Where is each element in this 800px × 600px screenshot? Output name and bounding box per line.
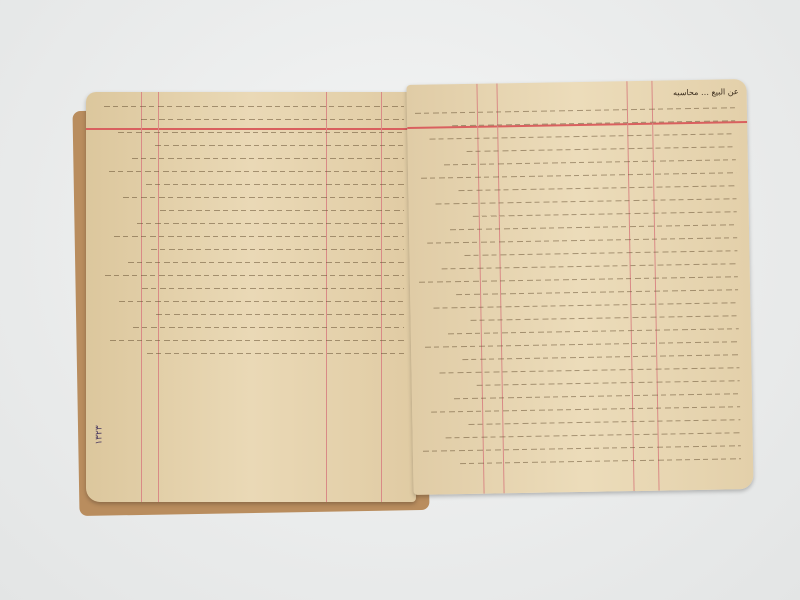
script-line <box>444 159 736 165</box>
script-line <box>439 367 739 373</box>
script-line <box>133 327 404 328</box>
script-line <box>423 445 741 452</box>
script-line <box>442 263 738 269</box>
script-line <box>431 406 740 412</box>
script-line <box>114 236 404 237</box>
script-line <box>473 211 737 217</box>
script-line <box>151 249 404 250</box>
column-rule <box>651 81 659 491</box>
script-line <box>421 172 736 178</box>
column-rule <box>626 81 634 491</box>
script-line <box>468 419 740 425</box>
photo-scene: ١٣٢٣ عن البيع … محاسبه <box>0 0 800 600</box>
script-line <box>155 145 404 146</box>
column-rule <box>496 83 504 493</box>
script-line <box>104 106 404 107</box>
script-line <box>458 185 736 191</box>
column-rule <box>141 92 142 502</box>
script-line <box>160 210 404 211</box>
script-line <box>433 302 738 308</box>
script-line <box>147 353 404 354</box>
script-line <box>427 237 737 243</box>
script-line <box>471 315 739 321</box>
script-line <box>141 119 404 120</box>
script-line <box>415 107 735 114</box>
script-line <box>448 328 739 334</box>
script-line <box>436 198 737 204</box>
script-line <box>456 289 738 295</box>
script-line <box>132 158 404 159</box>
margin-number: ١٣٢٣ <box>95 425 105 444</box>
script-line <box>462 354 739 360</box>
left-page <box>86 92 416 502</box>
script-line <box>425 341 739 347</box>
script-line <box>146 184 404 185</box>
script-line <box>118 132 404 133</box>
column-rule <box>158 92 159 502</box>
column-rule <box>476 84 484 494</box>
red-margin-line <box>86 128 416 130</box>
right-page: عن البيع … محاسبه <box>406 79 753 495</box>
script-line <box>464 250 737 256</box>
script-line <box>450 224 737 230</box>
script-line <box>429 133 735 139</box>
script-line <box>142 288 404 289</box>
page-header: عن البيع … محاسبه <box>673 87 739 97</box>
script-line <box>467 146 736 152</box>
column-rule <box>381 92 382 502</box>
handwritten-text <box>406 79 746 85</box>
script-line <box>110 340 404 341</box>
script-line <box>109 171 404 172</box>
script-line <box>419 276 738 283</box>
script-line <box>454 393 740 399</box>
script-line <box>128 262 404 263</box>
script-line <box>123 197 404 198</box>
script-line <box>119 301 404 302</box>
script-line <box>446 432 741 438</box>
script-line <box>137 223 404 224</box>
column-rule <box>326 92 327 502</box>
script-line <box>105 275 404 276</box>
script-line <box>156 314 404 315</box>
script-line <box>477 380 740 386</box>
